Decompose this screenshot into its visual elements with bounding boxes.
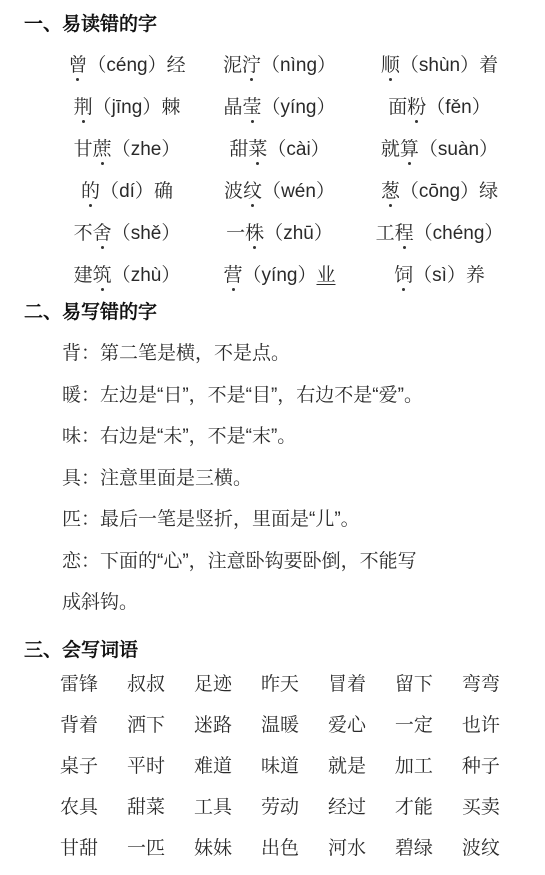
word-row: 桌子平时难道味道就是加工种子 [60,746,500,787]
emphasis-dotted-char: 曾 [68,55,87,76]
word-item: 味道 [261,746,299,787]
word-item: 雷锋 [60,664,98,705]
word-item: 妹妹 [194,828,232,869]
word-item: 洒下 [127,705,165,746]
word-item: 冒着 [328,664,366,705]
word-item: 迷路 [194,705,232,746]
word-item: 温暖 [261,705,299,746]
emphasis-dotted-char: 泞 [242,55,261,76]
word-item: 爱心 [328,705,366,746]
emphasis-dotted-char: 蔗 [93,139,112,160]
pinyin-entry: 面粉（fěn） [357,87,522,129]
emphasis-dotted-char: 纹 [243,181,262,202]
word-item: 才能 [395,787,433,828]
pinyin-entry: 顺（shùn）着 [357,45,522,87]
pinyin-entry: 晶莹（yíng） [202,87,357,129]
word-item: 一定 [395,705,433,746]
word-item: 甘甜 [60,828,98,869]
pinyin-entry: 葱（cōng）绿 [357,171,522,213]
worksheet-page: 一、易读错的字 曾（céng）经泥泞（nìng）顺（shùn）着荆（jīng）棘… [0,0,545,875]
pinyin-entry: 就算（suàn） [357,129,522,171]
word-item: 波纹 [462,828,500,869]
word-item: 桌子 [60,746,98,787]
pinyin-entry: 的（dí）确 [52,171,202,213]
emphasis-dotted-char: 算 [400,139,419,160]
word-item: 碧绿 [395,828,433,869]
word-item: 也许 [462,705,500,746]
note-line: 匹：最后一笔是竖折，里面是“儿”。 [62,499,545,541]
word-item: 弯弯 [462,664,500,705]
word-item: 河水 [328,828,366,869]
section3-word-rows: 雷锋叔叔足迹昨天冒着留下弯弯背着洒下迷路温暖爱心一定也许桌子平时难道味道就是加工… [60,664,500,869]
emphasis-dotted-char: 营 [224,265,243,286]
emphasis-dotted-char: 舍 [93,223,112,244]
emphasis-dotted-char: 莹 [243,97,262,118]
word-row: 甘甜一匹妹妹出色河水碧绿波纹 [60,828,500,869]
note-line: 成斜钩。 [62,582,545,624]
pinyin-entry: 不舍（shě） [52,213,202,255]
emphasis-dotted-char: 筑 [93,265,112,286]
pinyin-entry: 饲（sì）养 [357,255,522,297]
word-item: 就是 [328,746,366,787]
word-item: 留下 [395,664,433,705]
pinyin-entry: 泥泞（nìng） [202,45,357,87]
word-item: 昨天 [261,664,299,705]
word-row: 雷锋叔叔足迹昨天冒着留下弯弯 [60,664,500,705]
word-item: 买卖 [462,787,500,828]
emphasis-dotted-char: 荆 [74,97,93,118]
section2-heading: 二、易写错的字 [0,302,545,324]
note-line: 具：注意里面是三横。 [62,458,545,500]
section1-pinyin-grid: 曾（céng）经泥泞（nìng）顺（shùn）着荆（jīng）棘晶莹（yíng）… [52,45,545,297]
section1-heading: 一、易读错的字 [0,0,545,36]
word-item: 甜菜 [127,787,165,828]
pinyin-entry: 营（yíng）业 [202,255,357,297]
pinyin-entry: 甘蔗（zhe） [52,129,202,171]
word-item: 经过 [328,787,366,828]
emphasis-dotted-char: 粉 [407,97,426,118]
emphasis-dotted-char: 株 [245,223,264,244]
emphasis-dotted-char: 饲 [394,265,413,286]
pinyin-entry: 工程（chéng） [357,213,522,255]
word-item: 出色 [261,828,299,869]
word-item: 种子 [462,746,500,787]
word-item: 背着 [60,705,98,746]
word-item: 足迹 [194,664,232,705]
pinyin-entry: 曾（céng）经 [52,45,202,87]
word-item: 劳动 [261,787,299,828]
word-item: 难道 [194,746,232,787]
note-line: 味：右边是“未”，不是“末”。 [62,416,545,458]
pinyin-entry: 甜菜（cài） [202,129,357,171]
pinyin-entry: 建筑（zhù） [52,255,202,297]
note-line: 背：第二笔是横，不是点。 [62,333,545,375]
underlined-char: 业 [316,265,335,286]
pinyin-entry: 荆（jīng）棘 [52,87,202,129]
section3-heading: 三、会写词语 [0,640,545,662]
note-line: 恋：下面的“心”，注意卧钩要卧倒，不能写 [62,541,545,583]
word-row: 农具甜菜工具劳动经过才能买卖 [60,787,500,828]
pinyin-entry: 一株（zhū） [202,213,357,255]
emphasis-dotted-char: 葱 [381,181,400,202]
word-item: 一匹 [127,828,165,869]
note-line: 暖：左边是“日”，不是“目”，右边不是“爱”。 [62,375,545,417]
word-item: 平时 [127,746,165,787]
emphasis-dotted-char: 菜 [248,139,267,160]
pinyin-entry: 波纹（wén） [202,171,357,213]
word-item: 农具 [60,787,98,828]
emphasis-dotted-char: 程 [395,223,414,244]
emphasis-dotted-char: 顺 [381,55,400,76]
word-row: 背着洒下迷路温暖爱心一定也许 [60,705,500,746]
word-item: 加工 [395,746,433,787]
word-item: 叔叔 [127,664,165,705]
section2-notes: 背：第二笔是横，不是点。暖：左边是“日”，不是“目”，右边不是“爱”。味：右边是… [62,333,545,624]
emphasis-dotted-char: 的 [81,181,100,202]
word-item: 工具 [194,787,232,828]
